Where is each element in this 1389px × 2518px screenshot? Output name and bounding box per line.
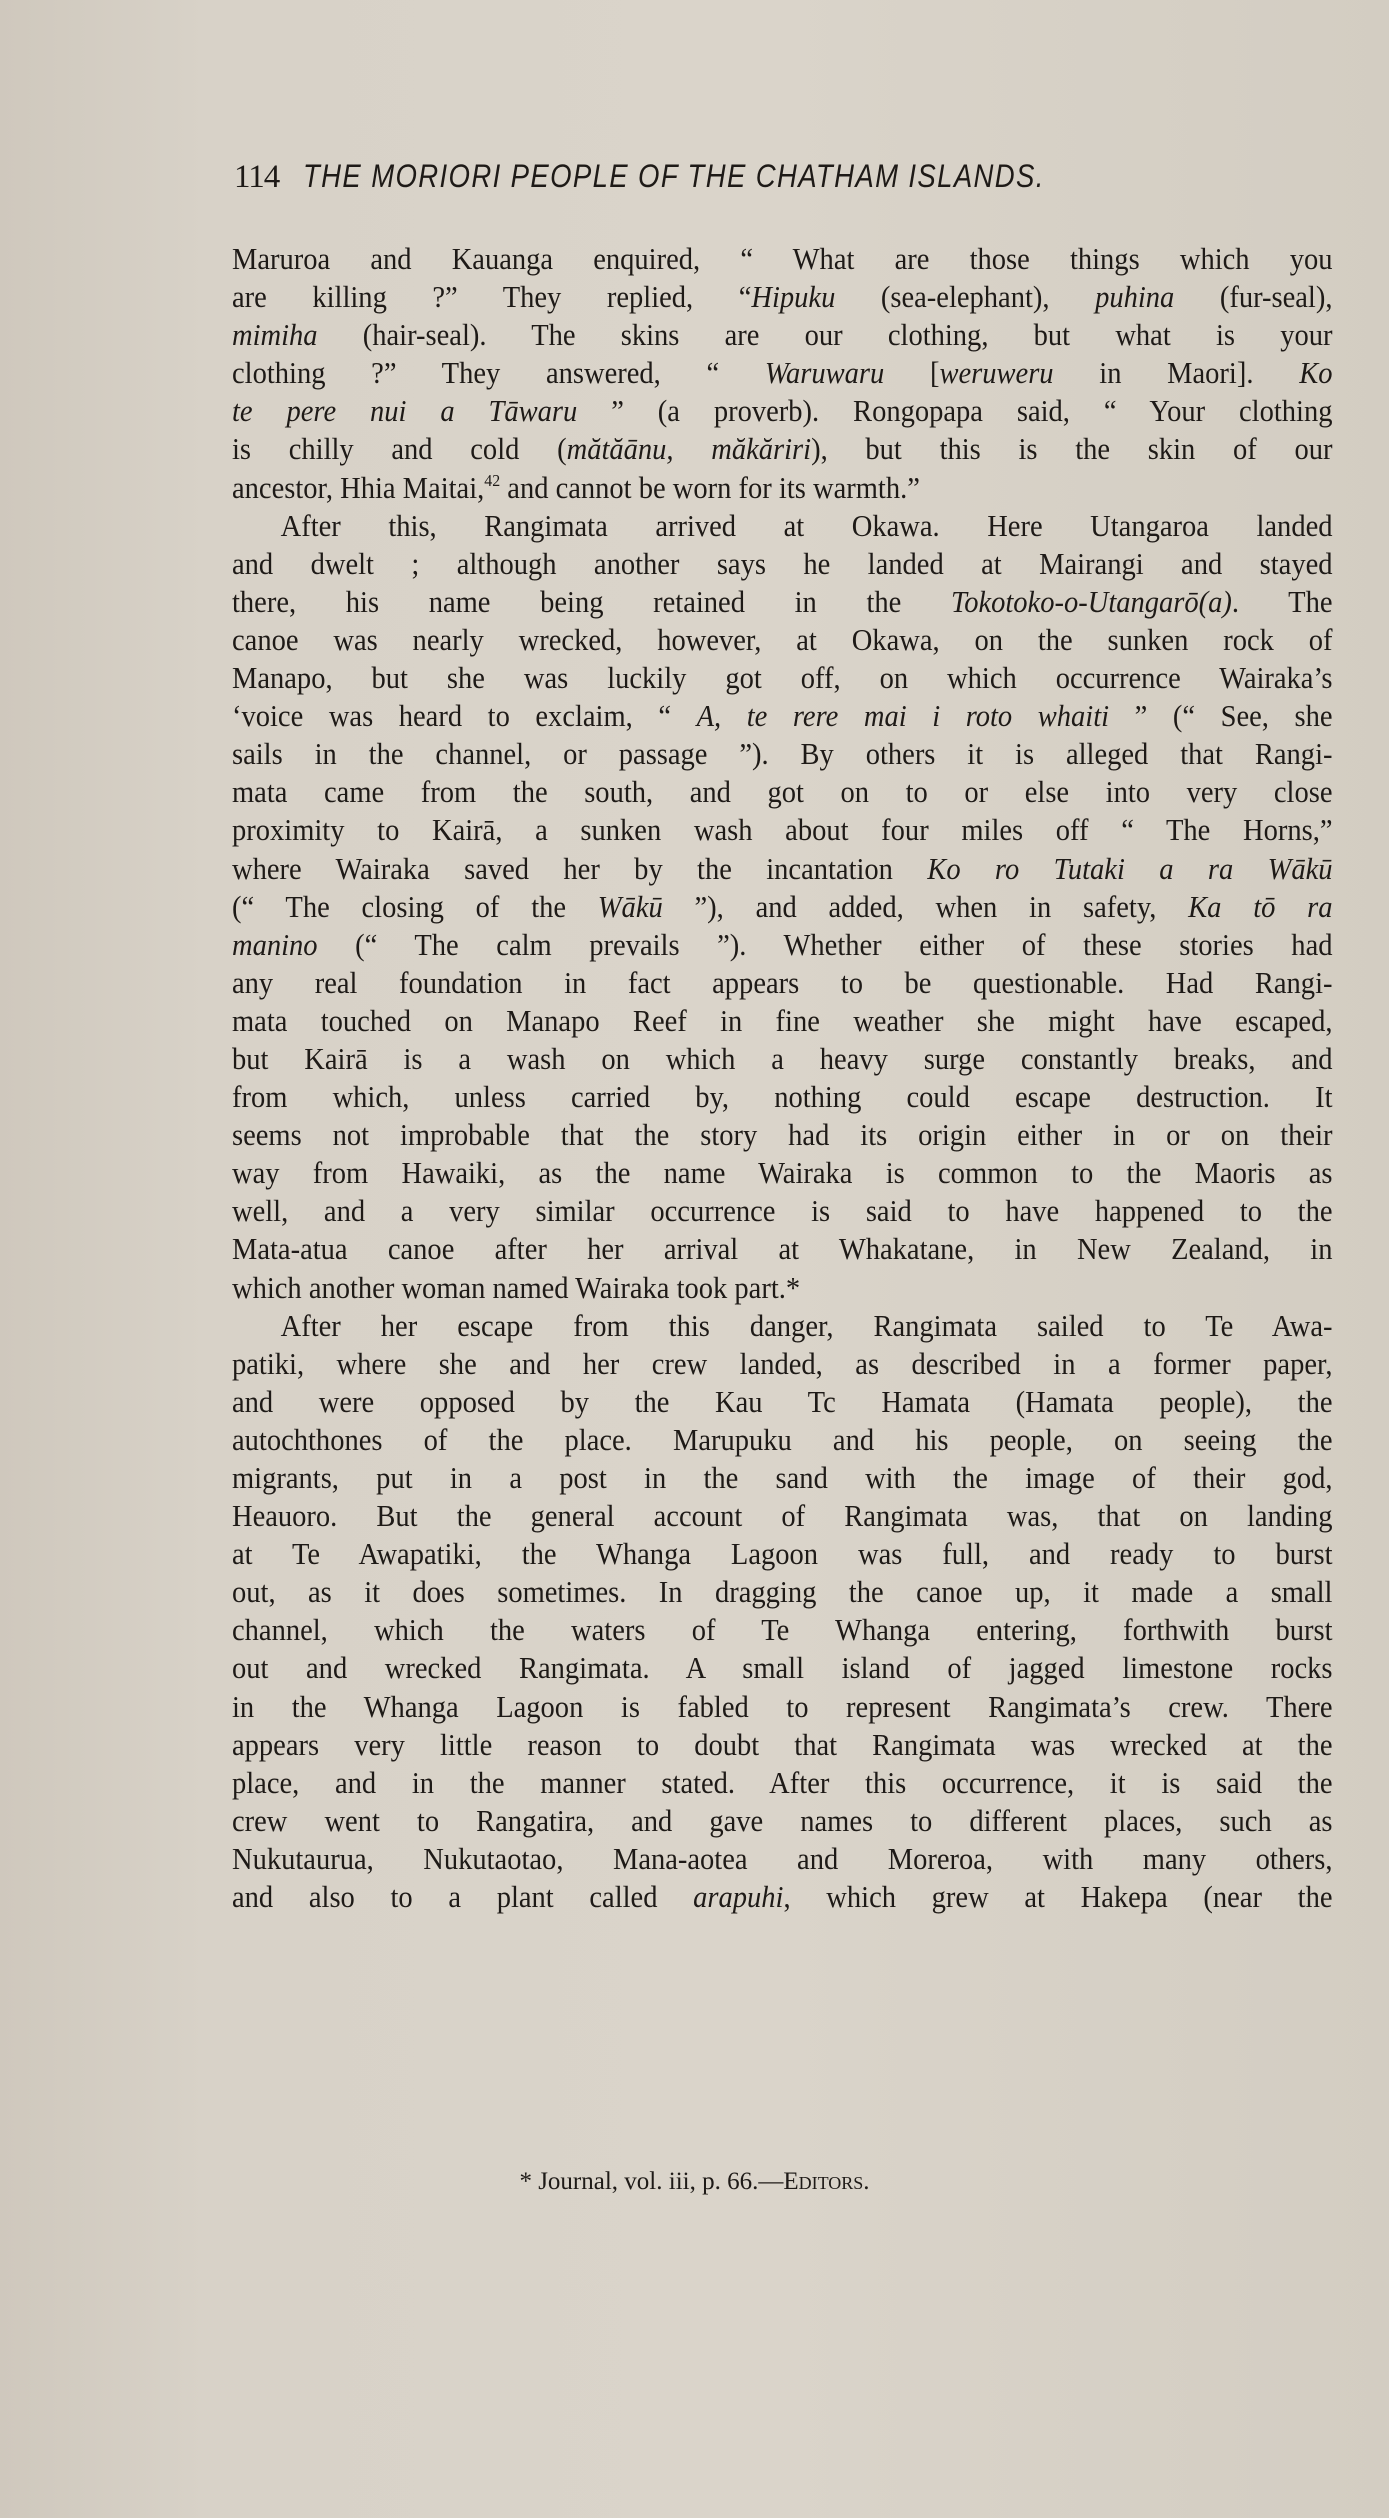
text-run: Maruroa and Kauanga enquired, “ What are… [232,242,1332,276]
text-run: and cannot be worn for its warmth.” [500,471,920,505]
text-run: Manapo, but she was luckily got off, on … [232,661,1332,695]
text-run: Heauoro. But the general account of Rang… [232,1499,1332,1533]
text-line: ancestor, Hhia Maitai,42 and cannot be w… [232,469,1332,507]
text-line: way from Hawaiki, as the name Wairaka is… [232,1154,1332,1192]
text-line: in the Whanga Lagoon is fabled to repres… [232,1688,1332,1726]
text-line: migrants, put in a post in the sand with… [232,1459,1332,1497]
text-line: out, as it does sometimes. In dragging t… [232,1573,1332,1611]
text-run: patiki, where she and her crew landed, a… [232,1347,1332,1381]
text-line: which another woman named Wairaka took p… [232,1269,1332,1307]
text-line: well, and a very similar occurrence is s… [232,1192,1332,1230]
text-run: there, his name being retained in the [232,585,951,619]
italic-term: A, te rere mai i roto whaiti [697,699,1109,733]
text-line: at Te Awapatiki, the Whanga Lagoon was f… [232,1535,1332,1573]
text-line: clothing ?” They answered, “ Waruwaru [w… [232,354,1332,392]
text-line: appears very little reason to doubt that… [232,1726,1332,1764]
text-line: patiki, where she and her crew landed, a… [232,1345,1332,1383]
text-run: crew went to Rangatira, and gave names t… [232,1804,1332,1838]
italic-term: Ko [1299,356,1332,390]
italic-term: mimiha [232,318,318,352]
italic-term: Wākū [598,890,663,924]
text-line: where Wairaka saved her by the incantati… [232,850,1332,888]
text-run: ” (“ See, she [1109,699,1332,733]
text-line: and also to a plant called arapuhi, whic… [232,1878,1332,1916]
text-run: ancestor, Hhia Maitai, [232,471,484,505]
text-run: and dwelt ; although another says he lan… [232,547,1332,581]
text-run: well, and a very similar occurrence is s… [232,1194,1332,1228]
text-run: (sea-elephant), [835,280,1095,314]
text-run: mata came from the south, and got on to … [232,775,1332,809]
italic-term: Waruwaru [765,356,884,390]
text-line: mata came from the south, and got on to … [232,773,1332,811]
text-run: ” (a proverb). Rongopapa said, “ Your cl… [577,394,1332,428]
text-run: any real foundation in fact appears to b… [232,966,1332,1000]
text-line: and dwelt ; although another says he lan… [232,545,1332,583]
text-run: canoe was nearly wrecked, however, at Ok… [232,623,1332,657]
text-run: After her escape from this danger, Rangi… [281,1309,1333,1343]
text-line: and were opposed by the Kau Tc Hamata (H… [232,1383,1332,1421]
italic-term: te pere nui a Tāwaru [232,394,577,428]
text-run: clothing ?” They answered, “ [232,356,765,390]
text-run: (“ The calm prevails ”). Whether either … [318,928,1333,962]
text-line: from which, unless carried by, nothing c… [232,1078,1332,1116]
text-run: out and wrecked Rangimata. A small islan… [232,1651,1332,1685]
text-run: is chilly and cold ( [232,432,567,466]
text-run: from which, unless carried by, nothing c… [232,1080,1332,1114]
text-line: canoe was nearly wrecked, however, at Ok… [232,621,1332,659]
text-run: Nukutaurua, Nukutaotao, Mana-aotea and M… [232,1842,1332,1876]
text-line: mimiha (hair-seal). The skins are our cl… [232,316,1332,354]
italic-term: weruweru [939,356,1053,390]
text-line: sails in the channel, or passage ”). By … [232,735,1332,773]
footnote-marker: * [519,2168,532,2195]
text-run: and also to a plant called [232,1880,693,1914]
text-run: but Kairā is a wash on which a heavy sur… [232,1042,1332,1076]
text-run: in the Whanga Lagoon is fabled to repres… [232,1690,1332,1724]
text-line: place, and in the manner stated. After t… [232,1764,1332,1802]
text-run: seems not improbable that the story had … [232,1118,1332,1152]
italic-term: Ko ro Tutaki a ra Wākū [927,852,1332,886]
text-line: but Kairā is a wash on which a heavy sur… [232,1040,1332,1078]
text-run: migrants, put in a post in the sand with… [232,1461,1332,1495]
text-run: proximity to Kairā, a sunken wash about … [232,813,1332,847]
text-run: are killing ?” They replied, “ [232,280,751,314]
text-line: autochthones of the place. Marupuku and … [232,1421,1332,1459]
text-run: out, as it does sometimes. In dragging t… [232,1575,1332,1609]
text-run: autochthones of the place. Marupuku and … [232,1423,1332,1457]
text-line: seems not improbable that the story had … [232,1116,1332,1154]
running-title: THE MORIORI PEOPLE OF THE CHATHAM ISLAND… [303,158,1045,195]
text-line: there, his name being retained in the To… [232,583,1332,621]
italic-term: puhina [1095,280,1174,314]
text-line: Heauoro. But the general account of Rang… [232,1497,1332,1535]
text-run: After this, Rangimata arrived at Okawa. … [281,509,1333,543]
text-run: sails in the channel, or passage ”). By … [232,737,1332,771]
text-run: appears very little reason to doubt that… [232,1728,1332,1762]
text-run: at Te Awapatiki, the Whanga Lagoon was f… [232,1537,1332,1571]
body-text: Maruroa and Kauanga enquired, “ What are… [232,240,1332,1916]
footnote-reference: 42 [484,471,500,490]
italic-term: mătăānu, măkăriri [567,432,811,466]
footnote-signature: Editors. [783,2168,869,2195]
italic-term: manino [232,928,318,962]
text-line: is chilly and cold (mătăānu, măkăriri), … [232,430,1332,468]
text-run: and were opposed by the Kau Tc Hamata (H… [232,1385,1332,1419]
text-run: . The [1232,585,1333,619]
text-line: ʻvoice was heard to exclaim, “ A, te rer… [232,697,1332,735]
text-line: are killing ?” They replied, “Hipuku (se… [232,278,1332,316]
text-run: [ [884,356,939,390]
text-run: (hair-seal). The skins are our clothing,… [318,318,1333,352]
text-run: (fur-seal), [1174,280,1332,314]
text-run: channel, which the waters of Te Whanga e… [232,1613,1332,1647]
text-run: ”), and added, when in safety, [663,890,1188,924]
text-run: place, and in the manner stated. After t… [232,1766,1332,1800]
text-run: , which grew at Hakepa (near the [783,1880,1332,1914]
text-run: in Maori]. [1054,356,1300,390]
italic-term: Ka tō ra [1188,890,1332,924]
italic-term: Tokotoko-o-Utangarō(a) [951,585,1232,619]
text-line: Manapo, but she was luckily got off, on … [232,659,1332,697]
footnote: * Journal, vol. iii, p. 66.—Editors. [0,2168,1389,2196]
text-run: mata touched on Manapo Reef in fine weat… [232,1004,1332,1038]
text-run: Mata-atua canoe after her arrival at Wha… [232,1232,1332,1266]
text-line: manino (“ The calm prevails ”). Whether … [232,926,1332,964]
italic-term: arapuhi [693,1880,783,1914]
text-line: te pere nui a Tāwaru ” (a proverb). Rong… [232,392,1332,430]
text-line: After her escape from this danger, Rangi… [232,1307,1332,1345]
running-header: 114 THE MORIORI PEOPLE OF THE CHATHAM IS… [234,158,1344,196]
text-line: Mata-atua canoe after her arrival at Wha… [232,1230,1332,1268]
text-line: crew went to Rangatira, and gave names t… [232,1802,1332,1840]
text-run: (“ The closing of the [232,890,598,924]
text-run: which another woman named Wairaka took p… [232,1271,800,1305]
text-line: channel, which the waters of Te Whanga e… [232,1611,1332,1649]
text-line: proximity to Kairā, a sunken wash about … [232,811,1332,849]
page-number: 114 [234,159,279,196]
text-line: (“ The closing of the Wākū ”), and added… [232,888,1332,926]
text-run: ʻvoice was heard to exclaim, “ [232,699,697,733]
text-line: After this, Rangimata arrived at Okawa. … [232,507,1332,545]
text-line: any real foundation in fact appears to b… [232,964,1332,1002]
italic-term: Hipuku [751,280,835,314]
text-line: Maruroa and Kauanga enquired, “ What are… [232,240,1332,278]
text-line: Nukutaurua, Nukutaotao, Mana-aotea and M… [232,1840,1332,1878]
text-line: mata touched on Manapo Reef in fine weat… [232,1002,1332,1040]
footnote-text: Journal, vol. iii, p. 66.— [532,2168,783,2195]
text-line: out and wrecked Rangimata. A small islan… [232,1649,1332,1687]
text-run: way from Hawaiki, as the name Wairaka is… [232,1156,1332,1190]
text-run: where Wairaka saved her by the incantati… [232,852,927,886]
text-run: ), but this is the skin of our [811,432,1332,466]
